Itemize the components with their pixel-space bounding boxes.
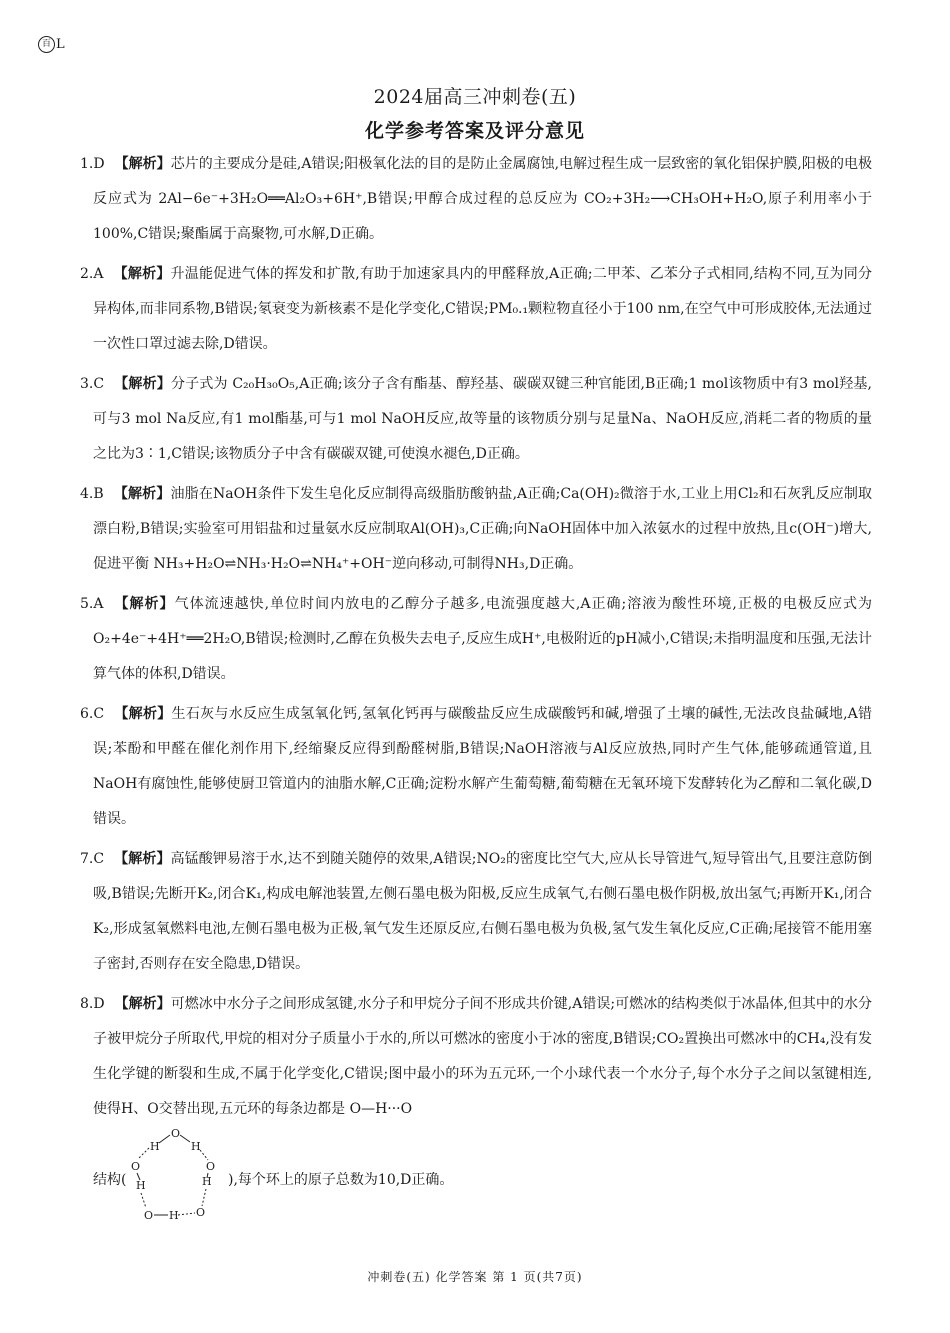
analysis-tag: 【解析】 bbox=[114, 706, 171, 722]
corner-tail: L bbox=[56, 37, 65, 52]
atom-o-top: O bbox=[171, 1127, 180, 1140]
answer-text: 芯片的主要成分是硅,A错误;阳极氧化法的目的是防止金属腐蚀,电解过程生成一层致密… bbox=[93, 156, 872, 242]
corner-mark: 百 L bbox=[38, 36, 65, 53]
document-subtitle: 化学参考答案及评分意见 bbox=[0, 116, 950, 143]
analysis-tag: 【解析】 bbox=[113, 266, 170, 282]
structure-conclusion: ),每个环上的原子总数为10,D正确。 bbox=[228, 1163, 453, 1198]
answer-item-6: 6.C【解析】生石灰与水反应生成氢氧化钙,氢氧化钙再与碳酸盐反应生成碳酸钙和碱,… bbox=[80, 697, 872, 837]
svg-text:H: H bbox=[150, 1140, 160, 1153]
answer-item-4: 4.B【解析】油脂在NaOH条件下发生皂化反应制得高级脂肪酸钠盐,A正确;Ca(… bbox=[80, 477, 872, 582]
analysis-tag: 【解析】 bbox=[114, 486, 171, 502]
answer-item-5: 5.A【解析】气体流速越快,单位时间内放电的乙醇分子越多,电流强度越大,A正确;… bbox=[80, 587, 872, 692]
answer-number: 8.D bbox=[80, 996, 105, 1012]
answer-list: 1.D【解析】芯片的主要成分是硅,A错误;阳极氧化法的目的是防止金属腐蚀,电解过… bbox=[80, 147, 872, 1223]
answer-item-8: 8.D【解析】可燃冰中水分子之间形成氢键,水分子和甲烷分子间不形成共价键,A错误… bbox=[80, 987, 872, 1223]
svg-text:O: O bbox=[206, 1160, 215, 1173]
analysis-tag: 【解析】 bbox=[114, 851, 171, 867]
svg-text:H: H bbox=[191, 1140, 201, 1153]
structure-row: 结构( O H H O O H H O H O bbox=[80, 1123, 872, 1223]
answer-text: 可燃冰中水分子之间形成氢键,水分子和甲烷分子间不形成共价键,A错误;可燃冰的结构… bbox=[93, 996, 872, 1117]
answer-text: 生石灰与水反应生成氢氧化钙,氢氧化钙再与碳酸盐反应生成碳酸钙和碱,增强了土壤的碱… bbox=[93, 706, 872, 827]
svg-text:O: O bbox=[131, 1160, 140, 1173]
answer-text: 分子式为 C₂₀H₃₀O₅,A正确;该分子含有酯基、醇羟基、碳碳双键三种官能团,… bbox=[93, 376, 872, 462]
analysis-tag: 【解析】 bbox=[115, 156, 171, 172]
answer-item-1: 1.D【解析】芯片的主要成分是硅,A错误;阳极氧化法的目的是防止金属腐蚀,电解过… bbox=[80, 147, 872, 252]
circled-char: 百 bbox=[38, 36, 55, 53]
answer-text: 气体流速越快,单位时间内放电的乙醇分子越多,电流强度越大,A正确;溶液为酸性环境… bbox=[93, 596, 872, 682]
analysis-tag: 【解析】 bbox=[115, 996, 171, 1012]
answer-number: 2.A bbox=[80, 266, 103, 282]
answer-number: 6.C bbox=[80, 706, 104, 722]
analysis-tag: 【解析】 bbox=[113, 596, 174, 612]
document-title: 2024届高三冲刺卷(五) bbox=[0, 82, 950, 109]
answer-text: 油脂在NaOH条件下发生皂化反应制得高级脂肪酸钠盐,A正确;Ca(OH)₂微溶于… bbox=[93, 486, 872, 572]
answer-number: 1.D bbox=[80, 156, 105, 172]
svg-text:H: H bbox=[136, 1179, 146, 1192]
answer-text: 高锰酸钾易溶于水,达不到随关随停的效果,A错误;NO₂的密度比空气大,应从长导管… bbox=[93, 851, 872, 972]
page-footer: 冲刺卷(五) 化学答案 第 1 页(共7页) bbox=[0, 1268, 950, 1285]
answer-item-2: 2.A【解析】升温能促进气体的挥发和扩散,有助于加速家具内的甲醛释放,A正确;二… bbox=[80, 257, 872, 362]
answer-text: 升温能促进气体的挥发和扩散,有助于加速家具内的甲醛释放,A正确;二甲苯、乙苯分子… bbox=[93, 266, 872, 352]
answer-number: 5.A bbox=[80, 596, 103, 612]
svg-text:O: O bbox=[144, 1209, 153, 1222]
answer-number: 4.B bbox=[80, 486, 104, 502]
answer-number: 3.C bbox=[80, 376, 104, 392]
answer-item-7: 7.C【解析】高锰酸钾易溶于水,达不到随关随停的效果,A错误;NO₂的密度比空气… bbox=[80, 842, 872, 982]
svg-text:H: H bbox=[169, 1209, 179, 1222]
svg-text:O: O bbox=[196, 1206, 205, 1219]
answer-item-3: 3.C【解析】分子式为 C₂₀H₃₀O₅,A正确;该分子含有酯基、醇羟基、碳碳双… bbox=[80, 367, 872, 472]
answer-number: 7.C bbox=[80, 851, 104, 867]
pentagon-ring-diagram: O H H O O H H O H O bbox=[128, 1123, 228, 1223]
structure-label: 结构( bbox=[93, 1163, 126, 1198]
analysis-tag: 【解析】 bbox=[114, 376, 171, 392]
